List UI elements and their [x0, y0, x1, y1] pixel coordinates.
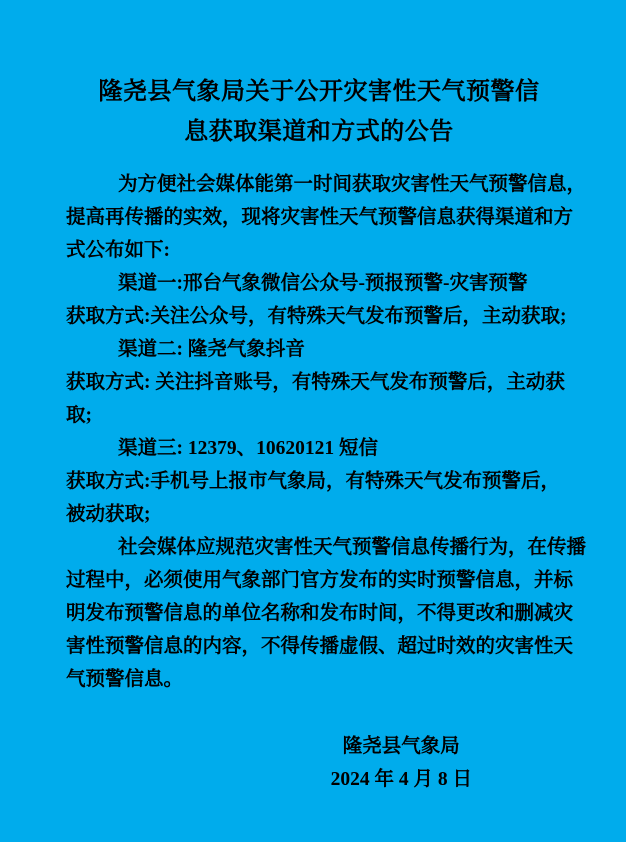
issue-date: 2024 年 4 月 8 日 — [331, 763, 472, 796]
body-line: 获取方式:关注公众号，有特殊天气发布预警后，主动获取; — [66, 300, 572, 333]
document-body: 为方便社会媒体能第一时间获取灾害性天气预警信息，提高再传播的实效，现将灾害性天气… — [66, 168, 572, 696]
body-line: 过程中，必须使用气象部门官方发布的实时预警信息，并标 — [66, 564, 572, 597]
signature-block: 隆尧县气象局 2024 年 4 月 8 日 — [331, 730, 472, 796]
body-line: 获取方式: 关注抖音账号，有特殊天气发布预警后，主动获 — [66, 366, 572, 399]
body-line: 被动获取; — [66, 498, 572, 531]
body-line: 害性预警信息的内容，不得传播虚假、超过时效的灾害性天 — [66, 630, 572, 663]
body-line: 渠道三: 12379、10620121 短信 — [66, 432, 572, 465]
body-line: 式公布如下: — [66, 234, 572, 267]
document-page: 隆尧县气象局关于公开灾害性天气预警信息获取渠道和方式的公告 为方便社会媒体能第一… — [0, 0, 626, 842]
title-line: 隆尧县气象局关于公开灾害性天气预警信 — [66, 72, 572, 112]
body-line: 获取方式:手机号上报市气象局，有特殊天气发布预警后， — [66, 465, 572, 498]
body-line: 取; — [66, 399, 572, 432]
body-line: 提高再传播的实效，现将灾害性天气预警信息获得渠道和方 — [66, 201, 572, 234]
body-line: 渠道二: 隆尧气象抖音 — [66, 333, 572, 366]
body-line: 为方便社会媒体能第一时间获取灾害性天气预警信息， — [66, 168, 572, 201]
announcement-page: { "page": { "background_color": "#00ACEC… — [0, 0, 626, 842]
title-line: 息获取渠道和方式的公告 — [66, 112, 572, 152]
body-line: 社会媒体应规范灾害性天气预警信息传播行为，在传播 — [66, 531, 572, 564]
body-line: 渠道一:邢台气象微信公众号-预报预警-灾害预警 — [66, 267, 572, 300]
issuer-name: 隆尧县气象局 — [331, 730, 472, 763]
document-title: 隆尧县气象局关于公开灾害性天气预警信息获取渠道和方式的公告 — [66, 72, 572, 152]
body-line: 明发布预警信息的单位名称和发布时间，不得更改和删减灾 — [66, 597, 572, 630]
body-line: 气预警信息。 — [66, 663, 572, 696]
